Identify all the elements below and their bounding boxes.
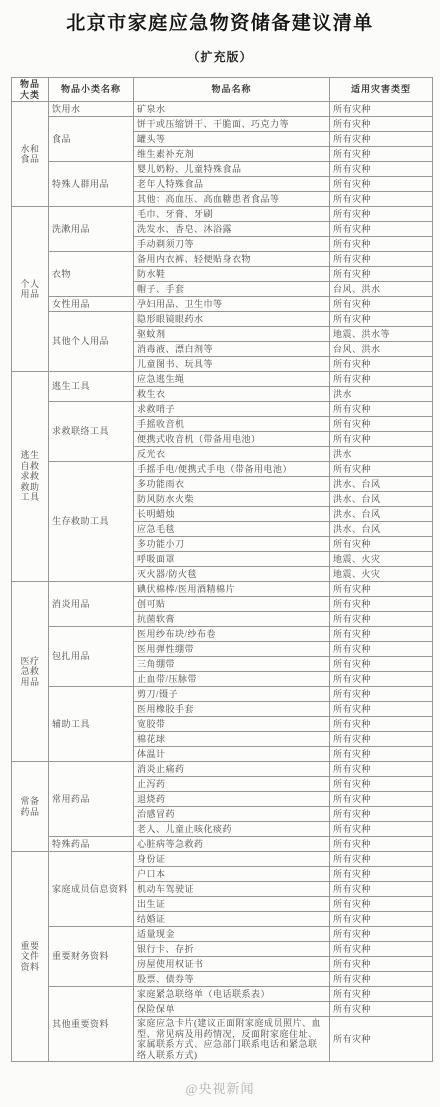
disaster-type-cell: 所有灾种 <box>330 162 433 177</box>
header-subcategory: 物品小类名称 <box>49 78 134 102</box>
table-row: 重要 文件 资料家庭成员信息资料身份证所有灾种 <box>12 852 433 867</box>
category-cell: 常备 药品 <box>12 762 49 852</box>
disaster-type-cell: 所有灾种 <box>330 987 433 1002</box>
disaster-type-cell: 所有灾种 <box>330 867 433 882</box>
item-name-cell: 消毒液、漂白剂等 <box>134 342 330 357</box>
table-row: 医疗 急救 用品消炎用品碘伏棉棒/医用酒精棉片所有灾种 <box>12 582 433 597</box>
table-row: 水和 食品饮用水矿泉水所有灾种 <box>12 102 433 117</box>
item-name-cell: 银行卡、存折 <box>134 942 330 957</box>
disaster-type-cell: 地震、洪水等 <box>330 327 433 342</box>
disaster-type-cell: 所有灾种 <box>330 297 433 312</box>
subcategory-cell: 饮用水 <box>49 102 134 117</box>
item-name-cell: 结婚证 <box>134 912 330 927</box>
subcategory-cell: 衣物 <box>49 252 134 297</box>
header-item-name: 物品名称 <box>134 78 330 102</box>
header-category: 物品 大类 <box>12 78 49 102</box>
disaster-type-cell: 所有灾种 <box>330 672 433 687</box>
item-name-cell: 心脏病等急救药 <box>134 837 330 852</box>
item-name-cell: 出生证 <box>134 897 330 912</box>
item-name-cell: 手摇收音机 <box>134 417 330 432</box>
disaster-type-cell: 所有灾种 <box>330 612 433 627</box>
item-name-cell: 保险保单 <box>134 1002 330 1017</box>
disaster-type-cell: 所有灾种 <box>330 357 433 372</box>
item-name-cell: 治感冒药 <box>134 807 330 822</box>
disaster-type-cell: 所有灾种 <box>330 897 433 912</box>
disaster-type-cell: 所有灾种 <box>330 312 433 327</box>
subcategory-cell: 常用药品 <box>49 762 134 837</box>
disaster-type-cell: 所有灾种 <box>330 102 433 117</box>
subcategory-cell: 包扎用品 <box>49 627 134 687</box>
disaster-type-cell: 所有灾种 <box>330 597 433 612</box>
table-row: 包扎用品医用纱布块/纱布卷所有灾种 <box>12 627 433 642</box>
item-name-cell: 手摇手电/便携式手电（带备用电池） <box>134 462 330 477</box>
subcategory-cell: 辅助工具 <box>49 687 134 762</box>
category-cell: 水和 食品 <box>12 102 49 207</box>
table-row: 逃生 自救 求救 救助 工具逃生工具应急逃生绳所有灾种 <box>12 372 433 387</box>
category-cell: 重要 文件 资料 <box>12 852 49 1062</box>
disaster-type-cell: 所有灾种 <box>330 192 433 207</box>
table-row: 特殊人群用品婴儿奶粉、儿童特殊食品所有灾种 <box>12 162 433 177</box>
page-subtitle: （扩充版） <box>0 48 440 65</box>
item-name-cell: 家庭紧急联络单（电话联系表） <box>134 987 330 1002</box>
item-name-cell: 毛巾、牙膏、牙刷 <box>134 207 330 222</box>
disaster-type-cell: 所有灾种 <box>330 1017 433 1062</box>
subcategory-cell: 其他个人用品 <box>49 312 134 372</box>
table-row: 生存救助工具手摇手电/便携式手电（带备用电池）所有灾种 <box>12 462 433 477</box>
item-name-cell: 棉花球 <box>134 732 330 747</box>
item-name-cell: 便携式收音机（带备用电池） <box>134 432 330 447</box>
disaster-type-cell: 所有灾种 <box>330 792 433 807</box>
table-row: 女性用品孕妇用品、卫生巾等所有灾种 <box>12 297 433 312</box>
watermark: @央视新闻 <box>0 1078 440 1097</box>
item-name-cell: 医用弹性绷带 <box>134 642 330 657</box>
item-name-cell: 孕妇用品、卫生巾等 <box>134 297 330 312</box>
disaster-type-cell: 所有灾种 <box>330 957 433 972</box>
item-name-cell: 消炎止痛药 <box>134 762 330 777</box>
item-name-cell: 老人、儿童止咳化痰药 <box>134 822 330 837</box>
item-name-cell: 宽胶带 <box>134 717 330 732</box>
disaster-type-cell: 所有灾种 <box>330 777 433 792</box>
subcategory-cell: 消炎用品 <box>49 582 134 627</box>
subcategory-cell: 特殊药品 <box>49 837 134 852</box>
item-name-cell: 呼吸面罩 <box>134 552 330 567</box>
disaster-type-cell: 所有灾种 <box>330 882 433 897</box>
disaster-type-cell: 所有灾种 <box>330 627 433 642</box>
item-name-cell: 剪刀/镊子 <box>134 687 330 702</box>
disaster-type-cell: 所有灾种 <box>330 912 433 927</box>
disaster-type-cell: 所有灾种 <box>330 717 433 732</box>
disaster-type-cell: 所有灾种 <box>330 972 433 987</box>
item-name-cell: 退烧药 <box>134 792 330 807</box>
item-name-cell: 儿童图书、玩具等 <box>134 357 330 372</box>
item-name-cell: 防风防水火柴 <box>134 492 330 507</box>
disaster-type-cell: 所有灾种 <box>330 402 433 417</box>
disaster-type-cell: 洪水 <box>330 447 433 462</box>
disaster-type-cell: 所有灾种 <box>330 747 433 762</box>
disaster-type-cell: 所有灾种 <box>330 432 433 447</box>
disaster-type-cell: 所有灾种 <box>330 927 433 942</box>
item-name-cell: 创可贴 <box>134 597 330 612</box>
supplies-table: 物品 大类 物品小类名称 物品名称 适用灾害类型 水和 食品饮用水矿泉水所有灾种… <box>11 77 433 1062</box>
item-name-cell: 洗发水、香皂、沐浴露 <box>134 222 330 237</box>
disaster-type-cell: 所有灾种 <box>330 942 433 957</box>
item-name-cell: 手动剃须刀等 <box>134 237 330 252</box>
item-name-cell: 抗菌软膏 <box>134 612 330 627</box>
item-name-cell: 饼干或压缩饼干、干脆面、巧克力等 <box>134 117 330 132</box>
disaster-type-cell: 所有灾种 <box>330 147 433 162</box>
disaster-type-cell: 所有灾种 <box>330 462 433 477</box>
category-cell: 医疗 急救 用品 <box>12 582 49 762</box>
subcategory-cell: 洗漱用品 <box>49 207 134 252</box>
disaster-type-cell: 所有灾种 <box>330 537 433 552</box>
item-name-cell: 股票、债券等 <box>134 972 330 987</box>
disaster-type-cell: 洪水、台风 <box>330 507 433 522</box>
disaster-type-cell: 所有灾种 <box>330 732 433 747</box>
disaster-type-cell: 所有灾种 <box>330 687 433 702</box>
disaster-type-cell: 所有灾种 <box>330 237 433 252</box>
disaster-type-cell: 所有灾种 <box>330 762 433 777</box>
subcategory-cell: 生存救助工具 <box>49 462 134 582</box>
table-row: 其他重要资料家庭紧急联络单（电话联系表）所有灾种 <box>12 987 433 1002</box>
disaster-type-cell: 所有灾种 <box>330 807 433 822</box>
item-name-cell: 机动车驾驶证 <box>134 882 330 897</box>
item-name-cell: 房屋使用权证书 <box>134 957 330 972</box>
item-name-cell: 驱蚊剂 <box>134 327 330 342</box>
item-name-cell: 应急逃生绳 <box>134 372 330 387</box>
disaster-type-cell: 所有灾种 <box>330 1002 433 1017</box>
table-row: 特殊药品心脏病等急救药所有灾种 <box>12 837 433 852</box>
item-name-cell: 救生衣 <box>134 387 330 402</box>
item-name-cell: 家庭应急卡片(建议正面附家庭成员照片、血型、常见病及用药情况，反面附家庭住址、家… <box>134 1017 330 1062</box>
item-name-cell: 其他：高血压、高血糖患者食品等 <box>134 192 330 207</box>
subcategory-cell: 重要财务资料 <box>49 927 134 987</box>
item-name-cell: 求救哨子 <box>134 402 330 417</box>
page-title: 北京市家庭应急物资储备建议清单 <box>0 0 440 35</box>
item-name-cell: 罐头等 <box>134 132 330 147</box>
table-row: 衣物备用内衣裤、轻便贴身衣物所有灾种 <box>12 252 433 267</box>
disaster-type-cell: 所有灾种 <box>330 252 433 267</box>
table-header-row: 物品 大类 物品小类名称 物品名称 适用灾害类型 <box>12 78 433 102</box>
item-name-cell: 碘伏棉棒/医用酒精棉片 <box>134 582 330 597</box>
disaster-type-cell: 所有灾种 <box>330 177 433 192</box>
item-name-cell: 适量现金 <box>134 927 330 942</box>
subcategory-cell: 食品 <box>49 117 134 162</box>
item-name-cell: 多功能小刀 <box>134 537 330 552</box>
item-name-cell: 体温计 <box>134 747 330 762</box>
item-name-cell: 止血带/压脉带 <box>134 672 330 687</box>
item-name-cell: 应急毛毯 <box>134 522 330 537</box>
disaster-type-cell: 洪水、台风 <box>330 492 433 507</box>
item-name-cell: 防水鞋 <box>134 267 330 282</box>
disaster-type-cell: 所有灾种 <box>330 822 433 837</box>
disaster-type-cell: 地震、火灾 <box>330 567 433 582</box>
disaster-type-cell: 地震、火灾 <box>330 552 433 567</box>
item-name-cell: 反光衣 <box>134 447 330 462</box>
item-name-cell: 备用内衣裤、轻便贴身衣物 <box>134 252 330 267</box>
item-name-cell: 三角绷带 <box>134 657 330 672</box>
item-name-cell: 身份证 <box>134 852 330 867</box>
item-name-cell: 隐形眼镜眼药水 <box>134 312 330 327</box>
item-name-cell: 灭火器/防火毯 <box>134 567 330 582</box>
subcategory-cell: 女性用品 <box>49 297 134 312</box>
item-name-cell: 多功能雨衣 <box>134 477 330 492</box>
table-row: 个人 用品洗漱用品毛巾、牙膏、牙刷所有灾种 <box>12 207 433 222</box>
disaster-type-cell: 所有灾种 <box>330 207 433 222</box>
disaster-type-cell: 洪水、台风 <box>330 477 433 492</box>
item-name-cell: 老年人特殊食品 <box>134 177 330 192</box>
item-name-cell: 帽子、手套 <box>134 282 330 297</box>
table-row: 食品饼干或压缩饼干、干脆面、巧克力等所有灾种 <box>12 117 433 132</box>
supplies-table-body: 水和 食品饮用水矿泉水所有灾种食品饼干或压缩饼干、干脆面、巧克力等所有灾种罐头等… <box>12 102 433 1062</box>
disaster-type-cell: 所有灾种 <box>330 267 433 282</box>
table-row: 重要财务资料适量现金所有灾种 <box>12 927 433 942</box>
table-row: 求救联络工具求救哨子所有灾种 <box>12 402 433 417</box>
table-row: 常备 药品常用药品消炎止痛药所有灾种 <box>12 762 433 777</box>
disaster-type-cell: 所有灾种 <box>330 657 433 672</box>
disaster-type-cell: 所有灾种 <box>330 222 433 237</box>
item-name-cell: 止泻药 <box>134 777 330 792</box>
disaster-type-cell: 所有灾种 <box>330 372 433 387</box>
disaster-type-cell: 洪水 <box>330 387 433 402</box>
category-cell: 逃生 自救 求救 救助 工具 <box>12 372 49 582</box>
item-name-cell: 医用纱布块/纱布卷 <box>134 627 330 642</box>
subcategory-cell: 特殊人群用品 <box>49 162 134 207</box>
item-name-cell: 矿泉水 <box>134 102 330 117</box>
subcategory-cell: 求救联络工具 <box>49 402 134 462</box>
disaster-type-cell: 所有灾种 <box>330 417 433 432</box>
disaster-type-cell: 洪水、台风 <box>330 522 433 537</box>
disaster-type-cell: 所有灾种 <box>330 132 433 147</box>
table-row: 其他个人用品隐形眼镜眼药水所有灾种 <box>12 312 433 327</box>
disaster-type-cell: 台风、洪水 <box>330 282 433 297</box>
disaster-type-cell: 所有灾种 <box>330 582 433 597</box>
item-name-cell: 长明蜡烛 <box>134 507 330 522</box>
table-row: 辅助工具剪刀/镊子所有灾种 <box>12 687 433 702</box>
disaster-type-cell: 所有灾种 <box>330 117 433 132</box>
disaster-type-cell: 台风、洪水 <box>330 342 433 357</box>
item-name-cell: 医用橡胶手套 <box>134 702 330 717</box>
subcategory-cell: 家庭成员信息资料 <box>49 852 134 927</box>
category-cell: 个人 用品 <box>12 207 49 372</box>
item-name-cell: 维生素补充剂 <box>134 147 330 162</box>
header-disaster-type: 适用灾害类型 <box>330 78 433 102</box>
item-name-cell: 婴儿奶粉、儿童特殊食品 <box>134 162 330 177</box>
disaster-type-cell: 所有灾种 <box>330 642 433 657</box>
disaster-type-cell: 所有灾种 <box>330 852 433 867</box>
subcategory-cell: 逃生工具 <box>49 372 134 402</box>
disaster-type-cell: 所有灾种 <box>330 837 433 852</box>
subcategory-cell: 其他重要资料 <box>49 987 134 1062</box>
item-name-cell: 户口本 <box>134 867 330 882</box>
disaster-type-cell: 所有灾种 <box>330 702 433 717</box>
